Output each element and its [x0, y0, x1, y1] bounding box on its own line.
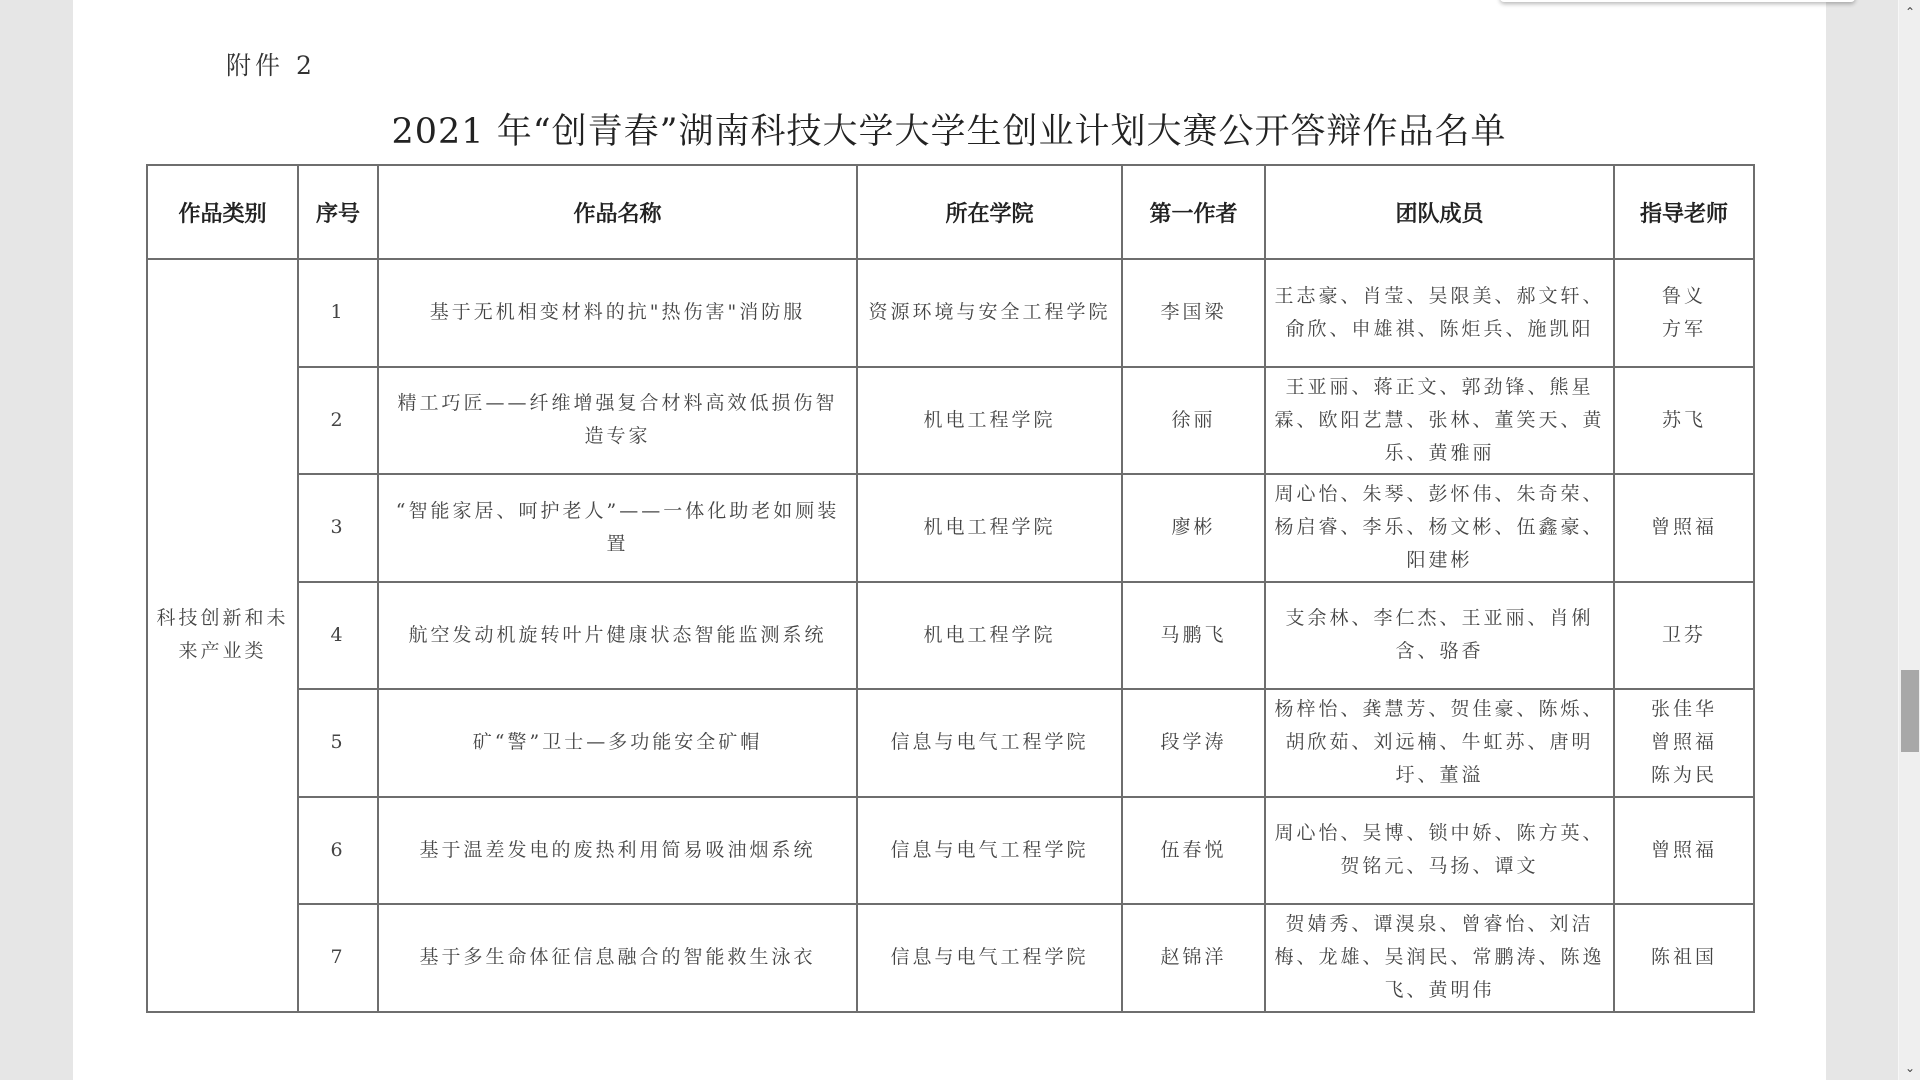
college-cell: 机电工程学院 — [857, 582, 1122, 690]
table-header-row: 作品类别 序号 作品名称 所在学院 第一作者 团队成员 指导老师 — [147, 165, 1754, 259]
college-cell: 资源环境与安全工程学院 — [857, 259, 1122, 367]
first-author-cell: 马鹏飞 — [1122, 582, 1265, 690]
name-cell: 基于无机相变材料的抗"热伤害"消防服 — [378, 259, 857, 367]
table-row: 3 “智能家居、呵护老人”——一体化助老如厕装置 机电工程学院 廖彬 周心怡、朱… — [147, 474, 1754, 582]
advisor-cell: 曾照福 — [1614, 797, 1754, 905]
college-cell: 机电工程学院 — [857, 367, 1122, 475]
seq-cell: 4 — [298, 582, 378, 690]
table-row: 4 航空发动机旋转叶片健康状态智能监测系统 机电工程学院 马鹏飞 支余林、李仁杰… — [147, 582, 1754, 690]
advisor-cell: 陈祖国 — [1614, 904, 1754, 1012]
seq-cell: 2 — [298, 367, 378, 475]
name-cell: 基于温差发电的废热利用简易吸油烟系统 — [378, 797, 857, 905]
advisor-cell: 卫芬 — [1614, 582, 1754, 690]
college-cell: 机电工程学院 — [857, 474, 1122, 582]
advisor-cell: 苏飞 — [1614, 367, 1754, 475]
attachment-label: 附件 2 — [226, 46, 316, 82]
college-cell: 信息与电气工程学院 — [857, 689, 1122, 797]
name-cell: 矿“警”卫士—多功能安全矿帽 — [378, 689, 857, 797]
members-cell: 王志豪、肖莹、吴限美、郝文轩、俞欣、申雄祺、陈炬兵、施凯阳 — [1265, 259, 1614, 367]
members-cell: 贺婧秀、谭湨泉、曾睿怡、刘洁梅、龙雄、吴润民、常鹏涛、陈逸飞、黄明伟 — [1265, 904, 1614, 1012]
scroll-down-arrow-icon[interactable]: ⌄ — [1899, 1058, 1920, 1078]
members-cell: 支余林、李仁杰、王亚丽、肖俐含、骆香 — [1265, 582, 1614, 690]
first-author-cell: 徐丽 — [1122, 367, 1265, 475]
header-category: 作品类别 — [147, 165, 298, 259]
advisor-cell: 张佳华 曾照福 陈为民 — [1614, 689, 1754, 797]
advisor-cell: 曾照福 — [1614, 474, 1754, 582]
advisor-cell: 鲁义 方军 — [1614, 259, 1754, 367]
header-seq: 序号 — [298, 165, 378, 259]
first-author-cell: 赵锦洋 — [1122, 904, 1265, 1012]
scroll-up-arrow-icon[interactable]: ⌃ — [1899, 2, 1920, 22]
header-advisor: 指导老师 — [1614, 165, 1754, 259]
first-author-cell: 李国梁 — [1122, 259, 1265, 367]
name-cell: 精工巧匠——纤维增强复合材料高效低损伤智造专家 — [378, 367, 857, 475]
document-title: 2021 年“创青春”湖南科技大学大学生创业计划大赛公开答辩作品名单 — [146, 104, 1752, 154]
name-cell: “智能家居、呵护老人”——一体化助老如厕装置 — [378, 474, 857, 582]
first-author-cell: 廖彬 — [1122, 474, 1265, 582]
seq-cell: 6 — [298, 797, 378, 905]
first-author-cell: 伍春悦 — [1122, 797, 1265, 905]
entries-table: 作品类别 序号 作品名称 所在学院 第一作者 团队成员 指导老师 科技创新和未来… — [146, 164, 1755, 1013]
members-cell: 周心怡、朱琴、彭怀伟、朱奇荣、杨启睿、李乐、杨文彬、伍鑫豪、阳建彬 — [1265, 474, 1614, 582]
header-college: 所在学院 — [857, 165, 1122, 259]
college-cell: 信息与电气工程学院 — [857, 904, 1122, 1012]
name-cell: 基于多生命体征信息融合的智能救生泳衣 — [378, 904, 857, 1012]
members-cell: 王亚丽、蒋正文、郭劲锋、熊星霖、欧阳艺慧、张林、董笑天、黄乐、黄雅丽 — [1265, 367, 1614, 475]
floating-toolbar-edge — [1500, 0, 1855, 2]
table-row: 科技创新和未来产业类 1 基于无机相变材料的抗"热伤害"消防服 资源环境与安全工… — [147, 259, 1754, 367]
category-cell: 科技创新和未来产业类 — [147, 259, 298, 1012]
scrollbar-thumb[interactable] — [1901, 670, 1919, 752]
members-cell: 周心怡、吴博、锁中娇、陈方英、贺铭元、马扬、谭文 — [1265, 797, 1614, 905]
seq-cell: 1 — [298, 259, 378, 367]
table-row: 5 矿“警”卫士—多功能安全矿帽 信息与电气工程学院 段学涛 杨梓怡、龚慧芳、贺… — [147, 689, 1754, 797]
table-row: 6 基于温差发电的废热利用简易吸油烟系统 信息与电气工程学院 伍春悦 周心怡、吴… — [147, 797, 1754, 905]
seq-cell: 3 — [298, 474, 378, 582]
header-name: 作品名称 — [378, 165, 857, 259]
college-cell: 信息与电气工程学院 — [857, 797, 1122, 905]
seq-cell: 7 — [298, 904, 378, 1012]
header-first-author: 第一作者 — [1122, 165, 1265, 259]
name-cell: 航空发动机旋转叶片健康状态智能监测系统 — [378, 582, 857, 690]
table-row: 2 精工巧匠——纤维增强复合材料高效低损伤智造专家 机电工程学院 徐丽 王亚丽、… — [147, 367, 1754, 475]
header-members: 团队成员 — [1265, 165, 1614, 259]
members-cell: 杨梓怡、龚慧芳、贺佳豪、陈烁、胡欣茹、刘远楠、牛虹苏、唐明圩、董溢 — [1265, 689, 1614, 797]
table-row: 7 基于多生命体征信息融合的智能救生泳衣 信息与电气工程学院 赵锦洋 贺婧秀、谭… — [147, 904, 1754, 1012]
seq-cell: 5 — [298, 689, 378, 797]
vertical-scrollbar[interactable]: ⌃ ⌄ — [1898, 0, 1920, 1080]
first-author-cell: 段学涛 — [1122, 689, 1265, 797]
